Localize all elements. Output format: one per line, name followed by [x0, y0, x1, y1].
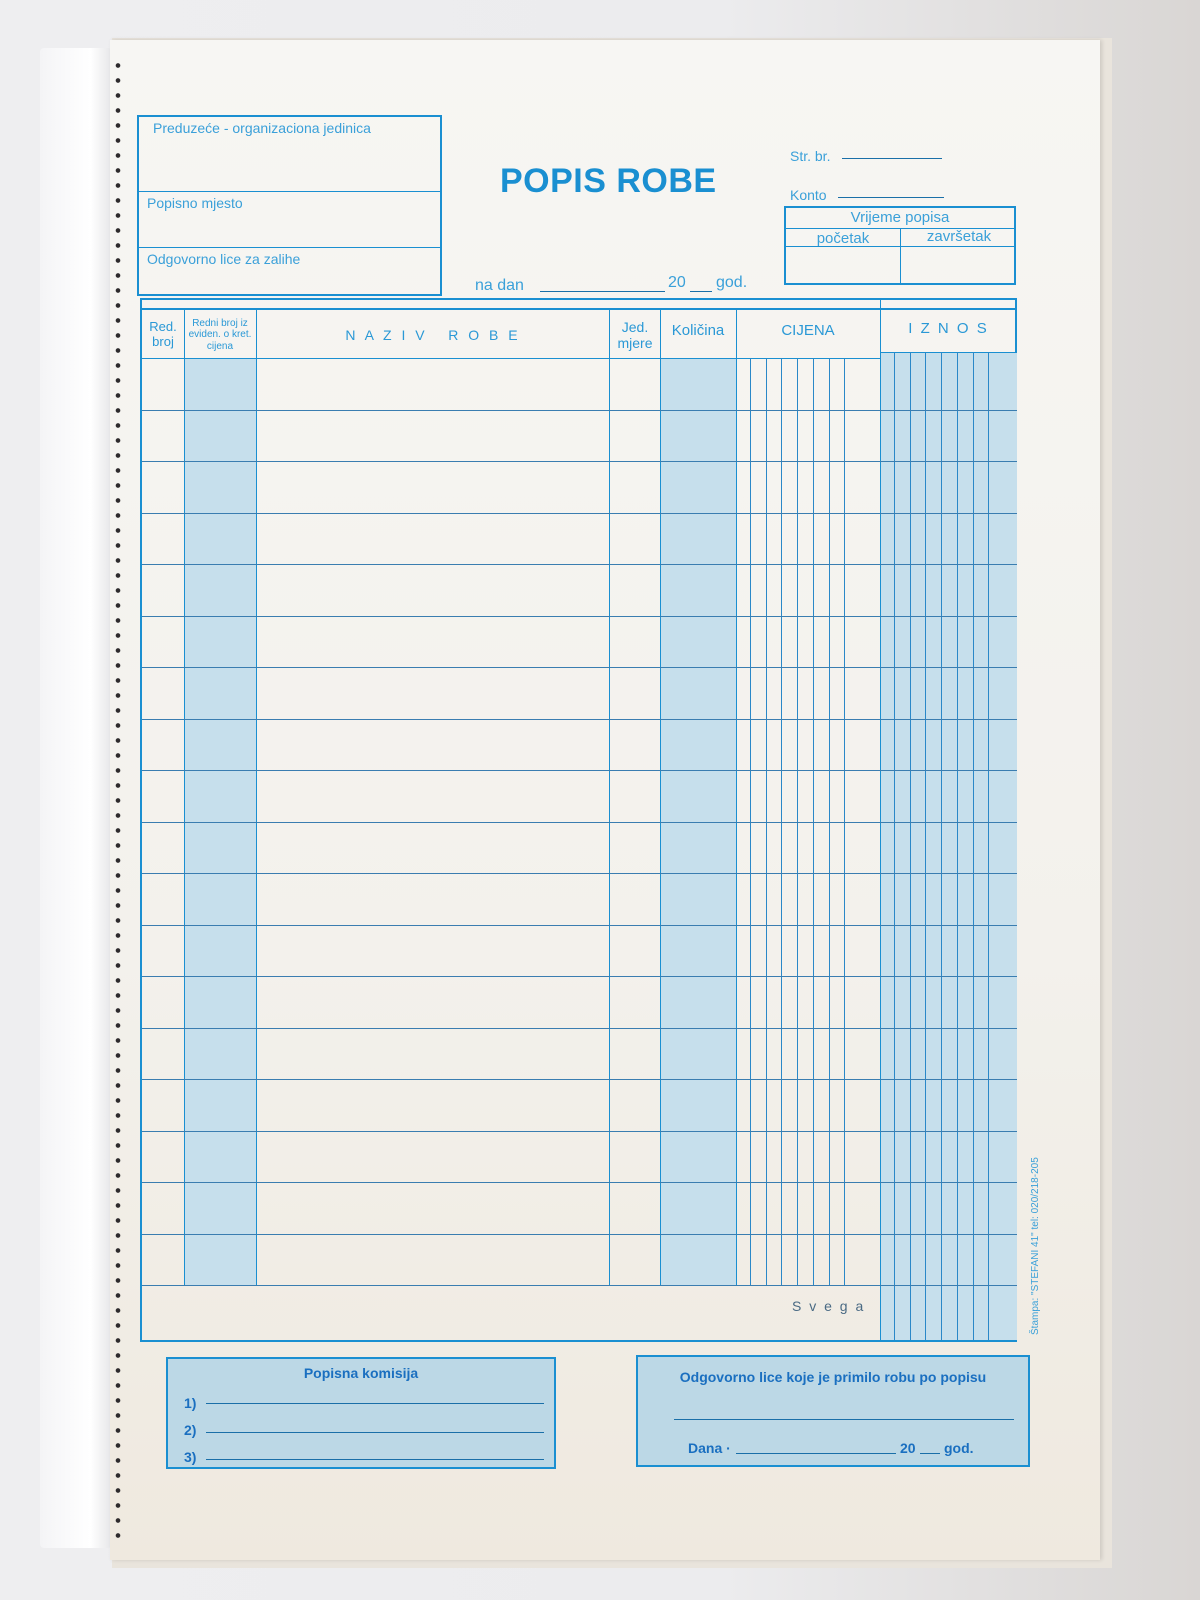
divider	[139, 247, 440, 248]
header-bottom-line	[880, 352, 1017, 353]
col-header-naziv-robe: N A Z I V R O B E	[257, 310, 609, 360]
commission-line-2-label: 2)	[184, 1422, 196, 1438]
perforation-holes	[114, 58, 122, 1538]
company-label: Preduzeće - organizaciona jedinica	[153, 120, 371, 136]
commission-member-1-field[interactable]	[206, 1403, 544, 1404]
table-row[interactable]	[142, 822, 1017, 874]
location-field[interactable]	[139, 213, 440, 247]
table-row[interactable]	[142, 513, 1017, 565]
commission-line-1-label: 1)	[184, 1395, 196, 1411]
table-row[interactable]	[142, 358, 1017, 410]
page-number-field[interactable]	[842, 158, 942, 159]
commission-member-2-field[interactable]	[206, 1432, 544, 1433]
date-year-prefix: 20	[668, 274, 686, 292]
table-row[interactable]	[142, 667, 1017, 719]
col-header-jed-mjere: Jed. mjere	[610, 310, 660, 360]
col-header-kolicina: Količina	[660, 306, 736, 356]
commission-line-3-label: 3)	[184, 1449, 196, 1465]
table-row[interactable]	[142, 1234, 1017, 1286]
notepad-backing	[40, 48, 112, 1548]
responsible-label: Odgovorno lice za zalihe	[147, 251, 300, 267]
date-prefix: na dan	[475, 277, 524, 295]
account-label: Konto	[790, 187, 827, 203]
table-row[interactable]	[142, 616, 1017, 668]
date-field[interactable]	[540, 291, 665, 292]
table-row[interactable]	[142, 564, 1017, 616]
divider	[900, 228, 901, 285]
receiver-title: Odgovorno lice koje je primilo robu po p…	[638, 1369, 1028, 1385]
commission-member-3-field[interactable]	[206, 1459, 544, 1460]
table-row[interactable]	[142, 1131, 1017, 1183]
receiver-date-field[interactable]	[736, 1453, 896, 1454]
form-title: POPIS ROBE	[500, 162, 717, 201]
page-number-label: Str. br.	[790, 148, 830, 164]
table-row[interactable]	[142, 1182, 1017, 1234]
table-row[interactable]	[142, 770, 1017, 822]
inventory-time-box: Vrijeme popisa početak završetak	[784, 206, 1016, 285]
receiver-box: Odgovorno lice koje je primilo robu po p…	[636, 1355, 1030, 1467]
table-row[interactable]	[142, 461, 1017, 513]
table-row[interactable]	[142, 1028, 1017, 1080]
company-field[interactable]	[139, 139, 440, 191]
end-time-field[interactable]	[902, 248, 1015, 284]
start-time-field[interactable]	[786, 248, 899, 284]
table-row[interactable]	[142, 925, 1017, 977]
total-amount-field[interactable]	[880, 1285, 1017, 1340]
divider	[786, 246, 1014, 247]
end-label: završetak	[902, 228, 1016, 245]
header-top-line	[142, 308, 1017, 310]
receiver-date-suffix: god.	[944, 1440, 974, 1456]
time-box-title: Vrijeme popisa	[786, 209, 1014, 226]
receiver-signature-field[interactable]	[674, 1419, 1014, 1420]
start-label: početak	[786, 230, 900, 247]
receiver-date-prefix: Dana ·	[688, 1440, 731, 1456]
table-row[interactable]	[142, 1079, 1017, 1131]
inventory-table: Red. broj Redni broj iz eviden. o kret. …	[140, 298, 1017, 1342]
location-label: Popisno mjesto	[147, 195, 243, 211]
account-field[interactable]	[838, 197, 944, 198]
col-header-redni-broj-evid: Redni broj iz eviden. o kret. cijena	[185, 310, 255, 360]
table-row[interactable]	[142, 976, 1017, 1028]
date-year-field[interactable]	[690, 291, 712, 292]
divider	[139, 191, 440, 192]
table-row[interactable]	[142, 873, 1017, 925]
company-info-box: Preduzeće - organizaciona jedinica Popis…	[137, 115, 442, 296]
receiver-year-field[interactable]	[920, 1453, 940, 1454]
commission-box: Popisna komisija 1) 2) 3)	[166, 1357, 556, 1469]
responsible-field[interactable]	[139, 269, 440, 295]
col-header-cijena: CIJENA	[736, 306, 880, 356]
total-label: S v e g a	[792, 1298, 865, 1314]
col-header-iznos: I Z N O S	[880, 304, 1017, 354]
date-suffix: god.	[716, 274, 747, 292]
col-header-red-broj: Red. broj	[142, 310, 184, 360]
commission-title: Popisna komisija	[168, 1365, 554, 1381]
table-row[interactable]	[142, 410, 1017, 462]
printer-note: Štampa: "STEFANI 41" tel: 020/218-205	[1030, 1135, 1041, 1335]
table-row[interactable]	[142, 719, 1017, 771]
receiver-year-prefix: 20	[900, 1440, 916, 1456]
